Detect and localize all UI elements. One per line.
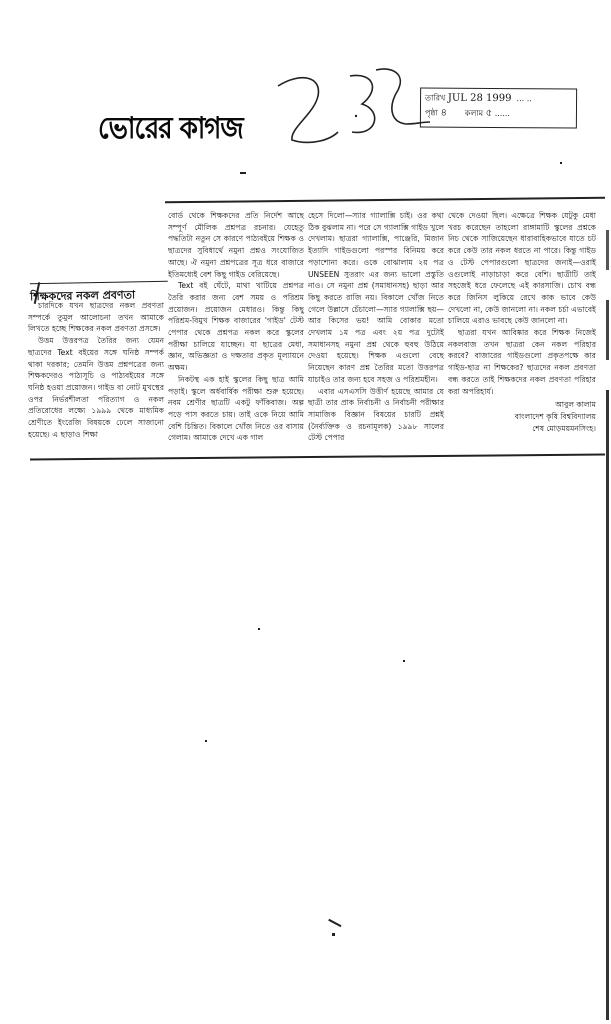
stamp-page-value: ৪ bbox=[440, 108, 447, 119]
paragraph: ছাত্ররা যখন আবিষ্কার করে শিক্ষক নিজেই নক… bbox=[448, 327, 596, 397]
scan-speck bbox=[258, 628, 260, 630]
handwritten-archive-number: 232 bbox=[270, 66, 430, 156]
stamp-date-label: তারিখ bbox=[425, 93, 445, 102]
author-signature: আবুল কালাম বাংলাদেশ কৃষি বিশ্ববিদ্যালয় … bbox=[448, 399, 596, 434]
stamp-date-value: JUL 28 1999 bbox=[448, 93, 512, 104]
scan-speck bbox=[328, 919, 341, 927]
article-top-rule bbox=[165, 197, 605, 204]
stamp-date-row: তারিখ JUL 28 1999 ... .. bbox=[425, 90, 572, 106]
stamp-column-label: কলাম bbox=[465, 109, 483, 118]
scan-speck bbox=[403, 660, 405, 662]
paragraph: হেসে দিলো—স্যার গ্যালাক্সি চাই। ওর কথা ঠ… bbox=[308, 210, 444, 386]
stamp-dots: ...... bbox=[495, 109, 510, 118]
paragraph: চারদিকে যখন ছাত্রদের নকল প্রবণতা সম্পর্ক… bbox=[28, 300, 164, 335]
paragraph: Text বই ঘেঁটে, মাথা খাটিয়ে প্রশ্নপত্র ত… bbox=[168, 280, 304, 374]
archive-date-stamp: তারিখ JUL 28 1999 ... .. পৃষ্ঠা ৪ কলাম ৫… bbox=[420, 87, 577, 128]
paragraph: থেকে দেওয়া ছিল। এক্ষেত্রে শিক্ষক যেটুকু… bbox=[448, 210, 596, 327]
paragraph: নিকটস্থ এক হাই স্কুলের কিছু ছাত্র আমি পড… bbox=[168, 374, 304, 444]
paragraph: উত্তম উত্তরপত্র তৈরির জন্য যেমন ছাত্রদের… bbox=[28, 335, 164, 440]
scan-speck bbox=[332, 933, 335, 936]
letter-article: শিক্ষকদের নকল প্রবণতা চারদিকে যখন ছাত্রদ… bbox=[30, 202, 600, 464]
stamp-page-row: পৃষ্ঠা ৪ কলাম ৫ ...... bbox=[425, 105, 572, 121]
article-column-3: হেসে দিলো—স্যার গ্যালাক্সি চাই। ওর কথা ঠ… bbox=[308, 210, 444, 444]
scan-edge-line bbox=[606, 230, 609, 1020]
author-location: শেষ মোড়ময়মনসিংহ। bbox=[448, 423, 596, 435]
article-column-2: বোর্ড থেকে শিক্ষকদের প্রতি নির্দেশ আছে স… bbox=[168, 210, 304, 444]
author-affiliation: বাংলাদেশ কৃষি বিশ্ববিদ্যালয় bbox=[448, 411, 596, 423]
scan-speck bbox=[205, 740, 207, 742]
scan-speck bbox=[240, 172, 246, 174]
scan-speck bbox=[560, 162, 562, 164]
stamp-page-label: পৃষ্ঠা bbox=[425, 108, 438, 117]
stamp-column-value: ৫ bbox=[486, 108, 493, 119]
article-column-4: থেকে দেওয়া ছিল। এক্ষেত্রে শিক্ষক যেটুকু… bbox=[448, 210, 596, 434]
newspaper-masthead: ভোরের কাগজ bbox=[98, 105, 243, 156]
stamp-dots: ... .. bbox=[514, 94, 532, 103]
author-name: আবুল কালাম bbox=[448, 399, 596, 411]
article-bottom-rule bbox=[30, 453, 605, 460]
paragraph: বোর্ড থেকে শিক্ষকদের প্রতি নির্দেশ আছে স… bbox=[168, 210, 304, 280]
paragraph: এবার এসএসসি উত্তীর্ণ হয়েছে আমার যে ছাত্… bbox=[308, 386, 444, 445]
article-column-1: চারদিকে যখন ছাত্রদের নকল প্রবণতা সম্পর্ক… bbox=[28, 300, 164, 440]
